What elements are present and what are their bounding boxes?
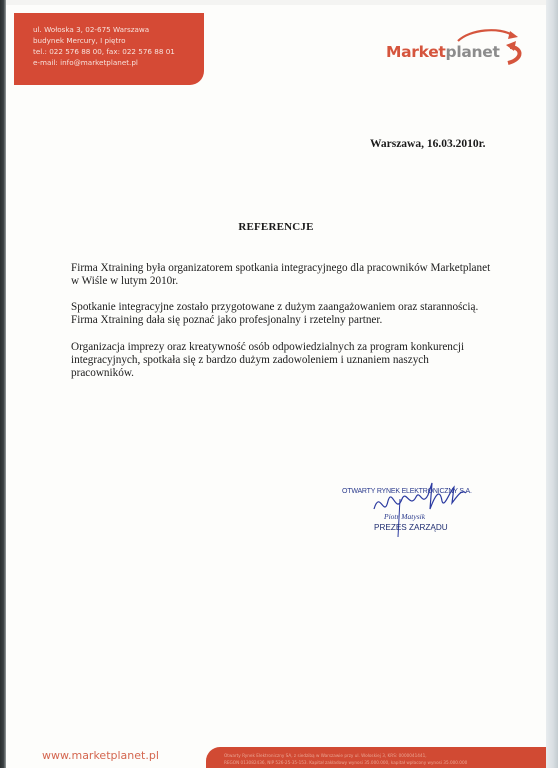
- paragraph-line: Organizacja imprezy oraz kreatywność osó…: [71, 341, 511, 354]
- building-line: budynek Mercury, I piętro: [33, 35, 204, 46]
- paragraph-line: pracowników.: [71, 367, 511, 380]
- paragraph-line: Firma Xtraining dała się poznać jako pro…: [71, 314, 511, 327]
- letter-title: REFERENCJE: [6, 221, 546, 233]
- legal-line: Otwarty Rynek Elektroniczny SA, z siedzi…: [224, 752, 546, 759]
- letter-date: Warszawa, 16.03.2010r.: [370, 138, 486, 150]
- legal-line: REGON 013082436, NIP 526-25-35-153. Kapi…: [224, 759, 546, 766]
- company-stamp: OTWARTY RYNEK ELEKTRONICZNY S.A. Piotr M…: [342, 485, 502, 545]
- signatory-name: Piotr Matysik: [384, 512, 425, 521]
- website-url: www.marketplanet.pl: [42, 749, 159, 762]
- legal-info-box: Otwarty Rynek Elektroniczny SA, z siedzi…: [206, 747, 546, 768]
- email-line: e-mail: info@marketplanet.pl: [33, 57, 204, 68]
- paragraph-line: Spotkanie integracyjne zostało przygotow…: [71, 301, 511, 314]
- logo-wordmark: Marketplanet: [386, 43, 500, 61]
- letter-page: ul. Wołoska 3, 02-675 Warszawa budynek M…: [6, 5, 546, 768]
- address-line: ul. Wołoska 3, 02-675 Warszawa: [33, 24, 204, 35]
- paragraph-1: Firma Xtraining była organizatorem spotk…: [71, 262, 511, 288]
- logo-planet: planet: [446, 43, 500, 61]
- marketplanet-logo: Marketplanet: [386, 33, 536, 69]
- paragraph-line: w Wiśle w lutym 2010r.: [71, 275, 511, 288]
- paragraph-line: Firma Xtraining była organizatorem spotk…: [71, 262, 511, 275]
- paragraph-line: integracyjnych, spotkała się z bardzo du…: [71, 354, 511, 367]
- phone-line: tel.: 022 576 88 00, fax: 022 576 88 01: [33, 46, 204, 57]
- paragraph-3: Organizacja imprezy oraz kreatywność osó…: [71, 341, 511, 380]
- contact-info-box: ul. Wołoska 3, 02-675 Warszawa budynek M…: [14, 13, 204, 85]
- paragraph-2: Spotkanie integracyjne zostało przygotow…: [71, 301, 511, 327]
- logo-market: Market: [386, 43, 446, 61]
- scan-edge-right: [546, 0, 558, 768]
- signatory-role: PREZES ZARZĄDU: [374, 523, 448, 532]
